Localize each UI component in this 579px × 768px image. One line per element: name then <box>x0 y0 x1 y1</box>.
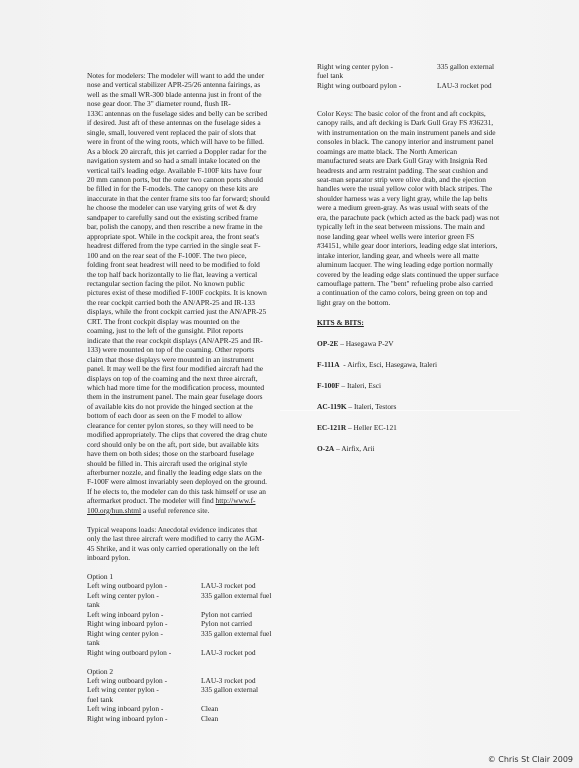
kits-list: OP-2E – Hasegawa P-2VF-111A - Airfix, Es… <box>317 339 513 453</box>
color-keys-line: shoulder harness was a very light gray, … <box>317 194 513 203</box>
notes-line: 133) were mounted on top of the coaming.… <box>87 345 283 354</box>
color-keys-line: intake interior, landing gear, and wheel… <box>317 251 513 260</box>
notes-line: single, small, louvered vent replaced th… <box>87 128 283 137</box>
color-keys-line: aluminum lacquer. The wing leading edge … <box>317 260 513 269</box>
notes-line: were in front of the wing roots, which w… <box>87 137 283 146</box>
kit-entry: EC-121R – Heller EC-121 <box>317 423 513 432</box>
pylon-store: 335 gallon external fuel <box>201 591 271 600</box>
pylon-label: Right wing inboard pylon - <box>87 714 201 723</box>
notes-line: should be filled in. This aircraft used … <box>87 459 283 468</box>
pylon-label: Left wing outboard pylon - <box>87 581 201 590</box>
kit-model: F-111A <box>317 360 340 369</box>
notes-line: CRT. The front cockpit display was mount… <box>87 317 283 326</box>
color-keys-line: typically left in the seat between missi… <box>317 222 513 231</box>
notes-line: appropriate spot. While in the cockpit a… <box>87 232 283 241</box>
notes-line: have them on both sides; those on the st… <box>87 449 283 458</box>
kit-makers: Heller EC-121 <box>354 423 397 432</box>
kit-separator: – <box>338 339 345 348</box>
reference-link[interactable]: http://www.f- <box>216 496 256 505</box>
kit-separator: – <box>346 423 353 432</box>
pylon-store: 335 gallon external <box>437 62 494 71</box>
notes-line: the top half back horizontally to lie fl… <box>87 270 283 279</box>
pylon-label: Right wing center pylon - <box>317 62 437 71</box>
notes-line: sandpaper to carefully sand out the exis… <box>87 213 283 222</box>
pylon-store: Pylon not carried <box>201 619 252 628</box>
pylon-row: Left wing center pylon -335 gallon exter… <box>87 685 283 694</box>
scanned-page: Notes for modelers: The modeler will wan… <box>0 0 579 768</box>
notes-line: them in the instrument panel. The main g… <box>87 392 283 401</box>
reference-link-cont[interactable]: 100.org/hun.shtml <box>87 506 141 515</box>
notes-line: claim that those displays were mounted i… <box>87 355 283 364</box>
notes-line: if desired. Just aft of these antennas o… <box>87 118 283 127</box>
kit-makers: Hasegawa P-2V <box>346 339 394 348</box>
notes-line: 133C antennas on the fuselage sides and … <box>87 109 283 118</box>
notes-line: the rear cockpit carried both the AN/APR… <box>87 298 283 307</box>
weapons-intro-line: Typical weapons loads: Anecdotal evidenc… <box>87 525 283 534</box>
option-2-title: Option 2 <box>87 667 283 676</box>
kit-model: EC-121R <box>317 423 346 432</box>
notes-line: of available kits do not provide the hin… <box>87 402 283 411</box>
notes-line: indicate that the rear cockpit displays … <box>87 336 283 345</box>
copyright-notice: © Chris St Clair 2009 <box>488 755 573 764</box>
color-keys-line: era, the parachute pack (which acted as … <box>317 213 513 222</box>
notes-line: If he elects to, the modeler can do this… <box>87 487 283 496</box>
notes-line: which had more time for the modification… <box>87 383 283 392</box>
pylon-label: Left wing center pylon - <box>87 685 201 694</box>
pylon-row: Right wing center pylon -335 gallon exte… <box>87 629 283 638</box>
pylon-label: Right wing center pylon - <box>87 629 201 638</box>
notes-line: vertical tail's leading edge. Available … <box>87 166 283 175</box>
notes-line: displays, while the front cockpit carrie… <box>87 307 283 316</box>
pylon-row: Right wing outboard pylon -LAU-3 rocket … <box>317 81 513 90</box>
pylon-row: Right wing inboard pylon -Pylon not carr… <box>87 619 283 628</box>
pylon-label: Right wing outboard pylon - <box>317 81 437 90</box>
kit-entry: O-2A – Airfix, Arii <box>317 444 513 453</box>
pylon-store: 335 gallon external fuel <box>201 629 271 638</box>
kit-entry: OP-2E – Hasegawa P-2V <box>317 339 513 348</box>
color-keys-line: handles were the usual yellow color with… <box>317 184 513 193</box>
color-keys-line: consoles in black. The canopy interior a… <box>317 137 513 146</box>
pylon-row: Right wing inboard pylon -Clean <box>87 714 283 723</box>
paper-crease <box>280 410 520 411</box>
notes-line: afterburner nozzle, and finally the lead… <box>87 468 283 477</box>
notes-line: 100 and on the rear seat of the F-100F. … <box>87 251 283 260</box>
notes-line: modified appropriately. The clips that c… <box>87 430 283 439</box>
notes-line: displays on top of the coaming and the n… <box>87 374 283 383</box>
pylon-label: Left wing center pylon - <box>87 591 201 600</box>
pylon-store: Clean <box>201 704 218 713</box>
kit-makers: Airfix, Esci, Hasegawa, Italeri <box>347 360 437 369</box>
weapons-intro-line: only the last three aircraft were modifi… <box>87 534 283 543</box>
pylon-store: 335 gallon external <box>201 685 258 694</box>
pylon-row: Right wing outboard pylon -LAU-3 rocket … <box>87 648 283 657</box>
pylon-store: LAU-3 rocket pod <box>201 648 256 657</box>
pylon-store: LAU-3 rocket pod <box>201 581 256 590</box>
pylon-label: Left wing inboard pylon - <box>87 610 201 619</box>
pylon-store-wrap: fuel tank <box>87 695 283 704</box>
color-keys-line: covered by the leading edge slats contin… <box>317 270 513 279</box>
pylon-store-wrap: tank <box>87 638 283 647</box>
kit-entry: F-111A - Airfix, Esci, Hasegawa, Italeri <box>317 360 513 369</box>
notes-line: pictures exist of these modified F-100F … <box>87 288 283 297</box>
notes-tail-line-2: 100.org/hun.shtml a useful reference sit… <box>87 506 283 515</box>
option-2-block: Option 2 Left wing outboard pylon -LAU-3… <box>87 667 283 724</box>
notes-line: F-100F were almost invariably seen deplo… <box>87 477 283 486</box>
notes-line: navigation system and so had a small int… <box>87 156 283 165</box>
notes-line: he choose the modeler can use varying gr… <box>87 203 283 212</box>
pylon-store: LAU-3 rocket pod <box>437 81 492 90</box>
kit-model: F-100F <box>317 381 340 390</box>
kit-model: OP-2E <box>317 339 338 348</box>
pylon-label: Right wing inboard pylon - <box>87 619 201 628</box>
color-keys-paragraph: Color Keys: The basic color of the front… <box>317 109 513 308</box>
right-column: Right wing center pylon -335 gallon exte… <box>317 62 513 453</box>
left-column: Notes for modelers: The modeler will wan… <box>87 71 283 723</box>
pylon-row: Left wing outboard pylon -LAU-3 rocket p… <box>87 676 283 685</box>
kit-makers: Italeri, Esci <box>347 381 381 390</box>
color-keys-line: seat-man separator strip were olive drab… <box>317 175 513 184</box>
weapons-intro-paragraph: Typical weapons loads: Anecdotal evidenc… <box>87 525 283 563</box>
modeler-notes-paragraph: Notes for modelers: The modeler will wan… <box>87 71 283 496</box>
color-keys-line: light gray on the bottom. <box>317 298 513 307</box>
color-keys-line: coamings are matte black. The North Amer… <box>317 147 513 156</box>
notes-line: rectangular section facing the pilot. No… <box>87 279 283 288</box>
notes-line: inaccurate in that the center frame sits… <box>87 194 283 203</box>
notes-line: 20 mm cannon ports, but the outer two ca… <box>87 175 283 184</box>
color-keys-line: nose landing gear wheel wells were inter… <box>317 232 513 241</box>
option-1-title: Option 1 <box>87 572 283 581</box>
notes-line: bar, polish the canopy, and then rescrib… <box>87 222 283 231</box>
pylon-row: Left wing center pylon -335 gallon exter… <box>87 591 283 600</box>
color-keys-line: Color Keys: The basic color of the front… <box>317 109 513 118</box>
notes-line: nose gear door. The 3" diameter round, f… <box>87 99 283 108</box>
notes-line: panel. It may well be the first four mod… <box>87 364 283 373</box>
color-keys-line: headrests and arm restraint padding. The… <box>317 166 513 175</box>
kit-model: O-2A <box>317 444 334 453</box>
pylon-store-wrap: tank <box>87 600 283 609</box>
pylon-label: Right wing outboard pylon - <box>87 648 201 657</box>
notes-line: nose and vertical stabilizer APR-25/26 a… <box>87 80 283 89</box>
kit-makers: Airfix, Arii <box>341 444 374 453</box>
pylon-store: LAU-3 rocket pod <box>201 676 256 685</box>
notes-line: folding front seat headrest will need to… <box>87 260 283 269</box>
color-keys-line: #34151, while gear door interiors, leadi… <box>317 241 513 250</box>
notes-line: be filled in for the F-models. The canop… <box>87 184 283 193</box>
color-keys-line: a continuation of the camo colors, being… <box>317 288 513 297</box>
kit-entry: F-100F – Italeri, Esci <box>317 381 513 390</box>
notes-line: coaming, just to the left of the gunsigh… <box>87 326 283 335</box>
notes-line: Notes for modelers: The modeler will wan… <box>87 71 283 80</box>
color-keys-line: with instrumentation on the main instrum… <box>317 128 513 137</box>
notes-line: As a block 20 aircraft, this jet carried… <box>87 147 283 156</box>
pylon-row: Right wing center pylon -335 gallon exte… <box>317 62 513 71</box>
pylon-label: Left wing inboard pylon - <box>87 704 201 713</box>
notes-tail-line: aftermarket product. The modeler will fi… <box>87 496 283 505</box>
pylon-store: Clean <box>201 714 218 723</box>
option-1-block: Option 1 Left wing outboard pylon -LAU-3… <box>87 572 283 657</box>
color-keys-line: camouflage pattern. The "bent" refueling… <box>317 279 513 288</box>
notes-line: well as the small WR-300 blade antenna j… <box>87 90 283 99</box>
weapons-intro-line: 45 Shrike, and it was only carried opera… <box>87 544 283 553</box>
color-keys-line: were a medium green-gray. As was usual w… <box>317 203 513 212</box>
option-2-continued: Right wing center pylon -335 gallon exte… <box>317 62 513 90</box>
weapons-intro-line: inboard pylon. <box>87 553 283 562</box>
kits-bits-heading: KITS & BITS: <box>317 318 513 327</box>
pylon-row: Left wing outboard pylon -LAU-3 rocket p… <box>87 581 283 590</box>
pylon-row: Left wing inboard pylon -Clean <box>87 704 283 713</box>
notes-line: headrest differed from the type carried … <box>87 241 283 250</box>
color-keys-line: canopy rails, and aft decking is Dark Gu… <box>317 118 513 127</box>
color-keys-line: manufactured seats are Dark Gull Gray wi… <box>317 156 513 165</box>
kit-separator: – <box>340 381 347 390</box>
notes-line: cord should only be on the aft, port sid… <box>87 440 283 449</box>
notes-line: clearance for center pylon stores, so th… <box>87 421 283 430</box>
pylon-row: Left wing inboard pylon -Pylon not carri… <box>87 610 283 619</box>
pylon-store: Pylon not carried <box>201 610 252 619</box>
pylon-store-wrap: fuel tank <box>317 71 513 80</box>
notes-line: bottom of each door as seen on the F mod… <box>87 411 283 420</box>
pylon-label: Left wing outboard pylon - <box>87 676 201 685</box>
